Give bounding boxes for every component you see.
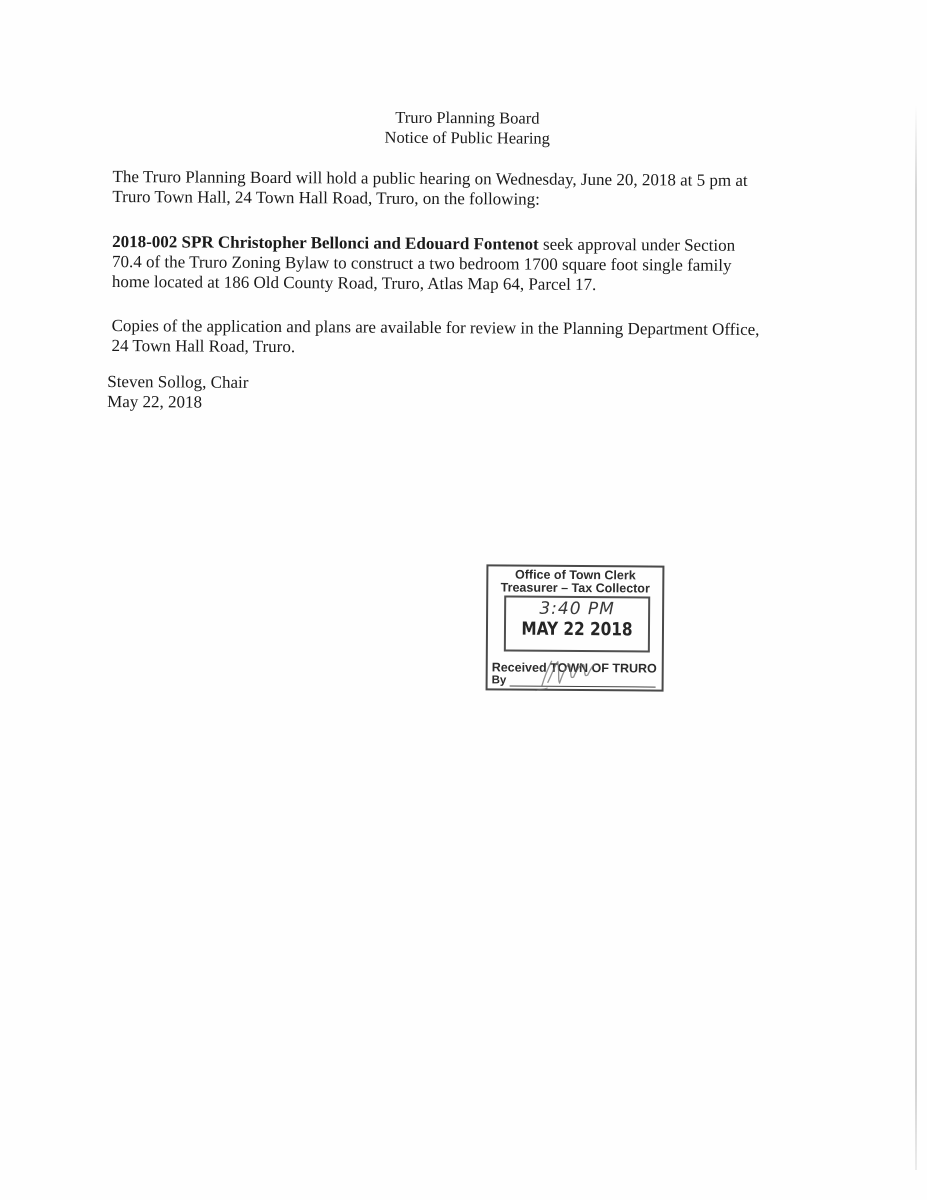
signature-block: Steven Sollog, Chair May 22, 2018 — [107, 372, 807, 416]
stamp-treasurer-line: Treasurer – Tax Collector — [488, 580, 662, 595]
signature-date: May 22, 2018 — [107, 392, 807, 416]
stamp-handwritten-time: 3:40 PM — [506, 599, 648, 620]
case-line-1-rest: seek approval under Section — [539, 235, 736, 255]
stamp-date: MAY 22 2018 — [517, 619, 638, 642]
stamp-date-box: 3:40 PM MAY 22 2018 — [504, 596, 650, 653]
hearing-intro-paragraph: The Truro Planning Board will hold a pub… — [112, 167, 812, 211]
document-page: Truro Planning Board Notice of Public He… — [0, 0, 927, 1200]
case-line-3: home located at 186 Old County Road, Tru… — [112, 272, 812, 296]
town-clerk-received-stamp: Office of Town Clerk Treasurer – Tax Col… — [486, 564, 665, 691]
availability-paragraph: Copies of the application and plans are … — [111, 316, 811, 360]
stamp-by-label: By — [492, 674, 507, 687]
case-paragraph: 2018-002 SPR Christopher Bellonci and Ed… — [112, 232, 812, 296]
document-header: Truro Planning Board Notice of Public He… — [1, 0, 927, 5]
document-body: Truro Planning Board Notice of Public He… — [1, 0, 927, 5]
case-title: 2018-002 SPR Christopher Bellonci and Ed… — [112, 232, 539, 254]
handwritten-signature-icon — [534, 653, 604, 693]
scan-edge-line — [915, 105, 917, 1170]
notice-title: Notice of Public Hearing — [0, 125, 927, 151]
signer-name: Steven Sollog, Chair — [107, 372, 807, 396]
